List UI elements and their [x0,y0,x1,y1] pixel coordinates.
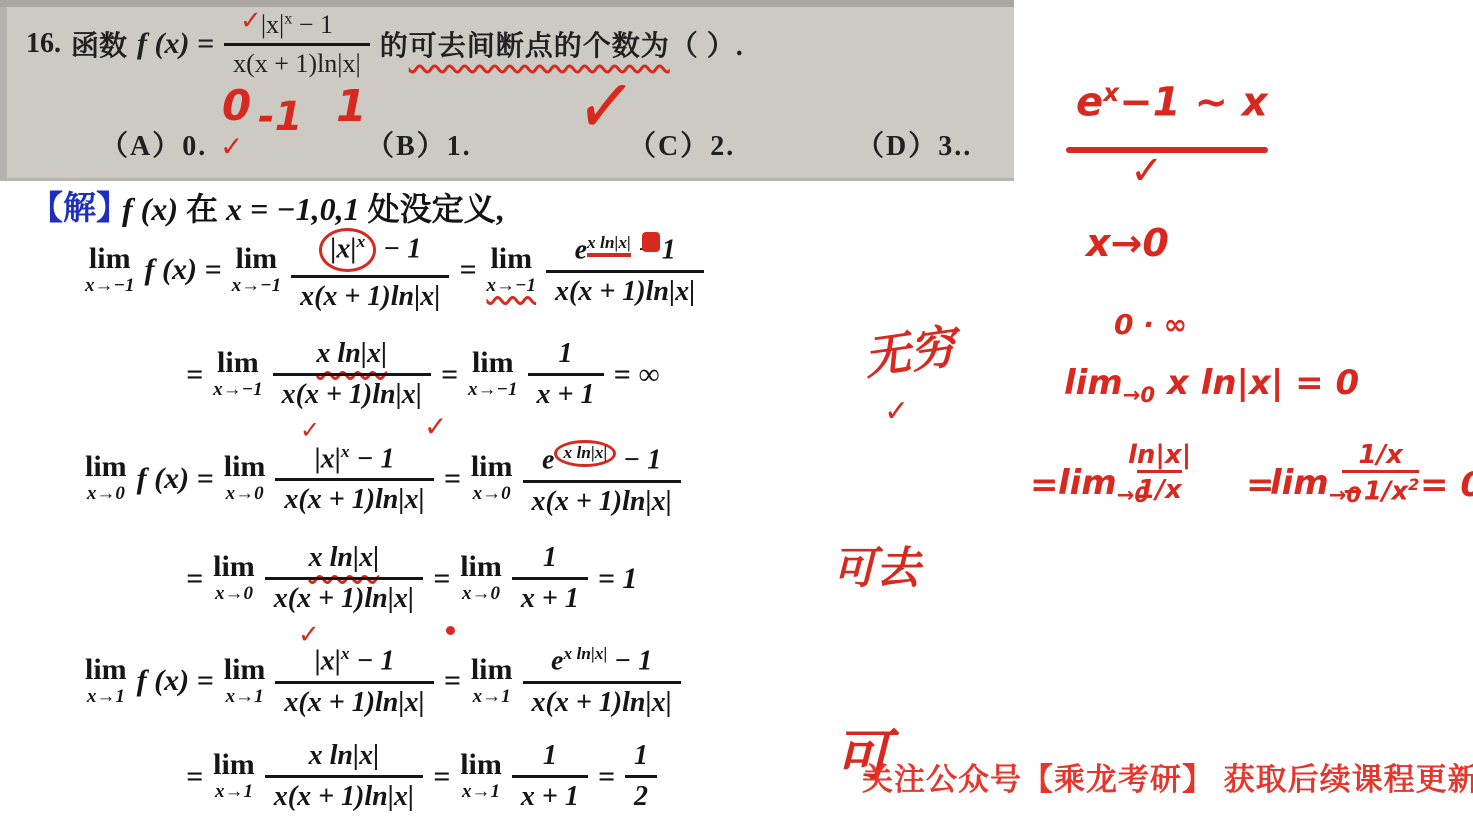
fraction: ex ln|x| − 1x(x + 1)ln|x| [546,233,704,308]
math-text: = 1 [598,562,638,596]
math-text: f (x) = [145,253,222,287]
limit-operator: limx→0 [460,553,502,604]
math-text: = [441,358,458,392]
fraction: x ln|x|x(x + 1)ln|x| [273,338,431,411]
equation-limit-x-to-1-a: limx→1f (x) =limx→1|x|x − 1x(x + 1)ln|x|… [85,644,681,719]
fraction: |x|x − 1x(x + 1)ln|x| [275,644,433,719]
check-eq4-den-x: ✓ [298,622,320,649]
limit-operator: limx→0 [471,453,513,504]
math-text: f (x) = [137,664,214,698]
limit-operator: limx→−1 [232,245,282,296]
equivalence-underline [1066,147,1268,153]
limit-operator: limx→−1 [213,349,263,400]
equation-limit-x-to-0-b: =limx→0x ln|x|x(x + 1)ln|x|=limx→01x + 1… [186,542,637,615]
intro-text: 在 [178,191,226,227]
fraction: ex ln|x| − 1x(x + 1)ln|x| [523,644,681,719]
note-0: 0 [222,84,251,128]
equation-limit-x-to-neg1-a: limx→−1f (x) =limx→−1|x|x − 1x(x + 1)ln|… [85,228,704,313]
lecture-slide: 16. 函数 f (x) = |x|x − 1x(x + 1)ln|x| 的可去… [0,0,1473,826]
question-number: 16. [26,28,61,60]
math-text: = [459,253,476,287]
option-C: （C）2. [628,124,735,164]
note-neg1: -1 [258,96,302,138]
function-definition: f (x) = [137,27,214,61]
equivalence-note: ex−1 ∼ x [1076,80,1268,123]
limit-operator: limx→1 [224,656,266,707]
indeterminate-note: 0 · ∞ [1114,310,1187,339]
equation-limit-x-to-neg1-b: =limx→−1x ln|x|x(x + 1)ln|x|=limx→−11x +… [186,338,660,411]
note-1: 1 [336,84,367,130]
math-text: = ∞ [614,358,660,392]
limit-operator: limx→1 [85,656,127,707]
dot-eq4-den-ln [446,626,455,635]
limit-operator: limx→0 [213,553,255,604]
fraction: ex ln|x| − 1x(x + 1)ln|x| [523,440,681,518]
equation-limit-x-to-1-b: =limx→1x ln|x|x(x + 1)ln|x|=limx→11x + 1… [186,740,657,813]
limit-operator: limx→1 [460,751,502,802]
intro-math: f (x) [122,191,178,227]
fraction: 1x + 1 [528,338,604,411]
fraction: 1x + 1 [512,740,588,813]
lhopital-frac-1: ln|x|1/x [1128,440,1191,505]
limit-operator: limx→0 [224,453,266,504]
removable-label: 可去 [832,546,920,592]
math-text: = [598,760,615,794]
lhopital-frac-2: 1/x−1/x2 [1342,440,1419,507]
check-eq2-den-x: ✓ [300,418,320,443]
check-eq2-den-ln: ✓ [424,412,447,441]
equivalence-check: ✓ [1130,150,1164,192]
math-text: = [186,358,203,392]
option-D: （D）3.. [856,124,972,164]
limit-note: lim→0 x ln|x| = 0 [1064,366,1359,406]
limit-operator: limx→0 [85,453,127,504]
limit-operator: limx→1 [213,751,255,802]
option-B: （B）1. [366,124,472,164]
fraction: x ln|x|x(x + 1)ln|x| [265,740,423,813]
intro-math: x = −1,0,1 [226,191,360,227]
question-suffix: 的可去间断点的个数为（ ）. [380,24,744,64]
wechat-banner: 关注公众号【乘龙考研】 获取后续课程更新 [862,754,1473,799]
math-text: = [186,562,203,596]
solution-intro: f (x) 在 x = −1,0,1 处没定义, [122,184,504,230]
limit-operator: limx→1 [471,656,513,707]
fraction: |x|x − 1x(x + 1)ln|x| [291,228,449,313]
option-A: （A）0. [100,124,207,164]
math-text: = [433,562,450,596]
math-text: = [444,462,461,496]
fraction: x ln|x|x(x + 1)ln|x| [265,542,423,615]
fraction: |x|x − 1x(x + 1)ln|x| [275,442,433,517]
infinite-label: 无穷 [861,322,959,383]
check-above-numerator: ✓ [240,8,262,35]
math-text: = [433,760,450,794]
x-to-0-note: x→0 [1086,224,1169,264]
lhopital-result: = 0 [1420,468,1473,504]
limit-operator: limx→−1 [85,245,135,296]
question-lead-text: 函数 [71,24,127,64]
solution-header: 【解】 [30,182,129,229]
intro-text: 处没定义, [360,191,504,227]
equation-limit-x-to-0-a: limx→0f (x) =limx→0|x|x − 1x(x + 1)ln|x|… [85,440,681,518]
fraction: 1x + 1 [512,542,588,615]
math-text: = [444,664,461,698]
lhopital-equals-1: = [1030,468,1059,504]
math-text: f (x) = [137,462,214,496]
question-panel: 16. 函数 f (x) = |x|x − 1x(x + 1)ln|x| 的可去… [0,0,1014,181]
check-under-0: ✓ [220,132,243,161]
math-text: = [186,760,203,794]
limit-operator: limx→−1 [487,245,537,296]
infinite-check: ✓ [884,396,909,428]
red-blob-before-e [642,232,660,252]
limit-operator: limx→−1 [468,349,518,400]
fraction: 12 [625,740,657,813]
